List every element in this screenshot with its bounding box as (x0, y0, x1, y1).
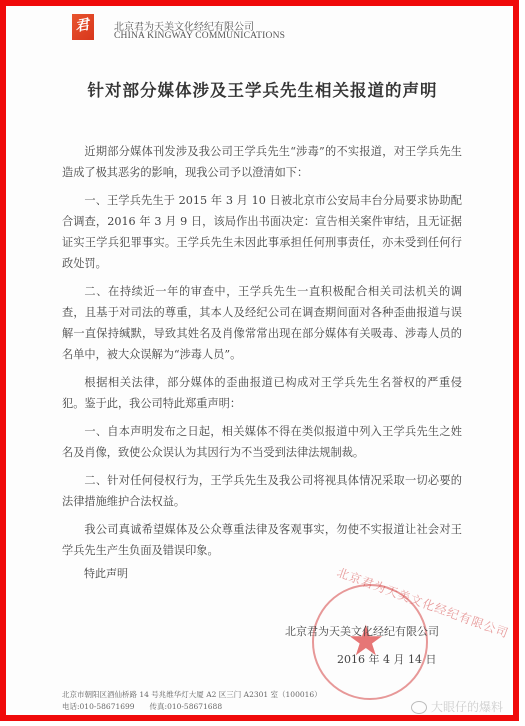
weibo-watermark: 大眼仔的爆料 (411, 698, 503, 715)
footer-address: 北京市朝阳区酒仙桥路 14 号兆维华灯大厦 A2 区三门 A2301 室（100… (62, 689, 322, 700)
watermark-text: 大眼仔的爆料 (431, 700, 503, 714)
footer-phone-fax: 电话:010-58671699 传真:010-58671688 (62, 701, 222, 712)
signature-date: 2016 年 4 月 14 日 (337, 651, 436, 667)
paragraph-declaration-1: 一、自本声明发布之日起，相关媒体不得在类似报道中列入王学兵先生之姓名及肖像，致使… (62, 421, 462, 463)
company-logo-icon: 君 (72, 14, 94, 40)
signature-company: 北京君为天美文化经纪有限公司 (285, 623, 439, 639)
document-title: 针对部分媒体涉及王学兵先生相关报道的声明 (0, 77, 525, 101)
closing-remark: 特此声明 (84, 565, 128, 581)
weibo-icon (411, 701, 427, 714)
document-body: 近期部分媒体刊发涉及我公司王学兵先生“涉毒”的不实报道，对王学兵先生造成了极其恶… (62, 141, 462, 568)
paragraph-intro: 近期部分媒体刊发涉及我公司王学兵先生“涉毒”的不实报道，对王学兵先生造成了极其恶… (62, 141, 462, 183)
paragraph-legal-basis: 根据相关法律，部分媒体的歪曲报道已构成对王学兵先生名誉权的严重侵犯。鉴于此，我公… (62, 372, 462, 414)
company-name-en: CHINA KINGWAY COMMUNICATIONS (114, 31, 285, 41)
paragraph-point-2: 二、在持续近一年的审查中，王学兵先生一直积极配合相关司法机关的调查，且基于对司法… (62, 281, 462, 365)
logo-glyph: 君 (73, 14, 90, 36)
paragraph-declaration-2: 二、针对任何侵权行为，王学兵先生及我公司将视具体情况采取一切必要的法律措施维护合… (62, 470, 462, 512)
paragraph-conclusion: 我公司真诚希望媒体及公众尊重法律及客观事实，勿使不实报道让社会对王学兵先生产生负… (62, 519, 462, 561)
company-seal-stamp: 北京君为天美文化经纪有限公司 ★ (312, 584, 428, 700)
paragraph-point-1: 一、王学兵先生于 2015 年 3 月 10 日被北京市公安局丰台分局要求协助配… (62, 190, 462, 274)
